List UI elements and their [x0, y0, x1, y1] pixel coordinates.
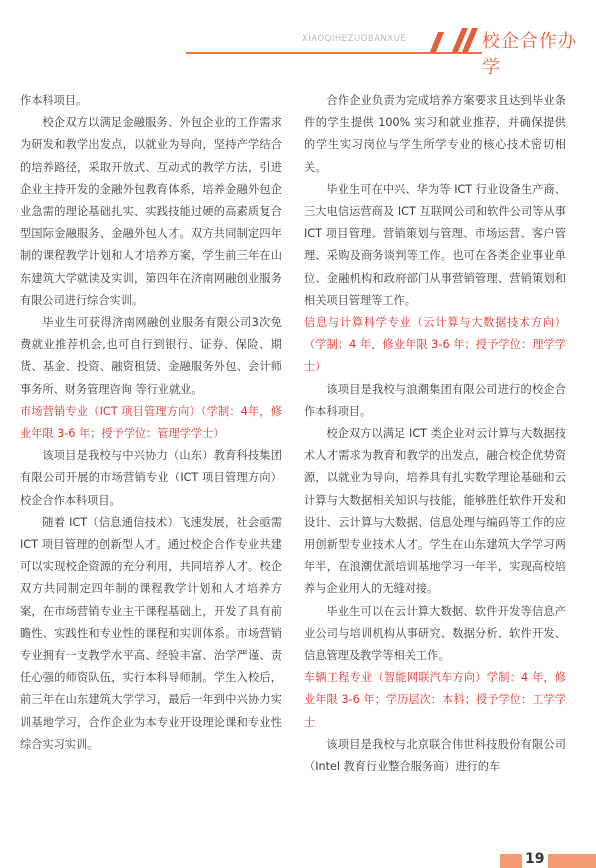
- section-title: 校企合作办学: [482, 27, 596, 79]
- page-header: XIAOQIHEZUOBANXUE 校企合作办学: [0, 0, 596, 70]
- paragraph: 该项目是我校与北京联合伟世科技股份有限公司（Intel 教育行业整合服务商）进行…: [304, 734, 566, 778]
- page-number: 19: [525, 851, 544, 867]
- paragraph: 该项目是我校与中兴协力（山东）教育科技集团有限公司开展的市场营销专业（ICT 项…: [20, 445, 282, 512]
- paragraph: 毕业生可获得济南网融创业服务有限公司3次免费就业推荐机会,也可自行到银行、证券、…: [20, 312, 282, 401]
- header-pinyin: XIAOQIHEZUOBANXUE: [302, 34, 406, 44]
- paragraph: 毕业生可以在云计算大数据、软件开发等信息产业公司与培训机构从事研究、数据分析、软…: [304, 601, 566, 668]
- paragraph: 作本科项目。: [20, 90, 282, 112]
- program-heading: 车辆工程专业（智能网联汽车方向）学制：4 年，修业年限 3-6 年；学历层次：本…: [304, 667, 566, 734]
- program-heading: 市场营销专业（ICT 项目管理方向）（学制：4年，修业年限 3-6 年；授予学位…: [20, 401, 282, 445]
- right-column: 合作企业负责为完成培养方案要求且达到毕业条件的学生提供 100% 实习和就业推荐…: [304, 90, 566, 778]
- left-column: 作本科项目。 校企双方以满足金融服务、外包企业的工作需求为研发和教学出发点，以就…: [20, 90, 282, 756]
- paragraph: 校企双方以满足金融服务、外包企业的工作需求为研发和教学出发点，以就业为导向，坚持…: [20, 112, 282, 312]
- page-footer: 19: [0, 850, 596, 868]
- paragraph: 随着 ICT（信息通信技术）飞速发展，社会亟需 ICT 项目管理的创新型人才。通…: [20, 512, 282, 756]
- paragraph: 合作企业负责为完成培养方案要求且达到毕业条件的学生提供 100% 实习和就业推荐…: [304, 90, 566, 179]
- paragraph: 毕业生可在中兴、华为等 ICT 行业设备生产商、三大电信运营商及 ICT 互联网…: [304, 179, 566, 312]
- double-slash-icon: [422, 26, 482, 54]
- program-heading: 信息与计算科学专业（云计算与大数据技术方向）（学制：4 年，修业年限 3-6 年…: [304, 312, 566, 379]
- paragraph: 校企双方以满足 ICT 类企业对云计算与大数据技术人才需求为教育和教学的出发点，…: [304, 423, 566, 601]
- page-number-block-left: [500, 854, 522, 868]
- page-number-block-right: [548, 854, 596, 868]
- paragraph: 该项目是我校与浪潮集团有限公司进行的校企合作本科项目。: [304, 379, 566, 423]
